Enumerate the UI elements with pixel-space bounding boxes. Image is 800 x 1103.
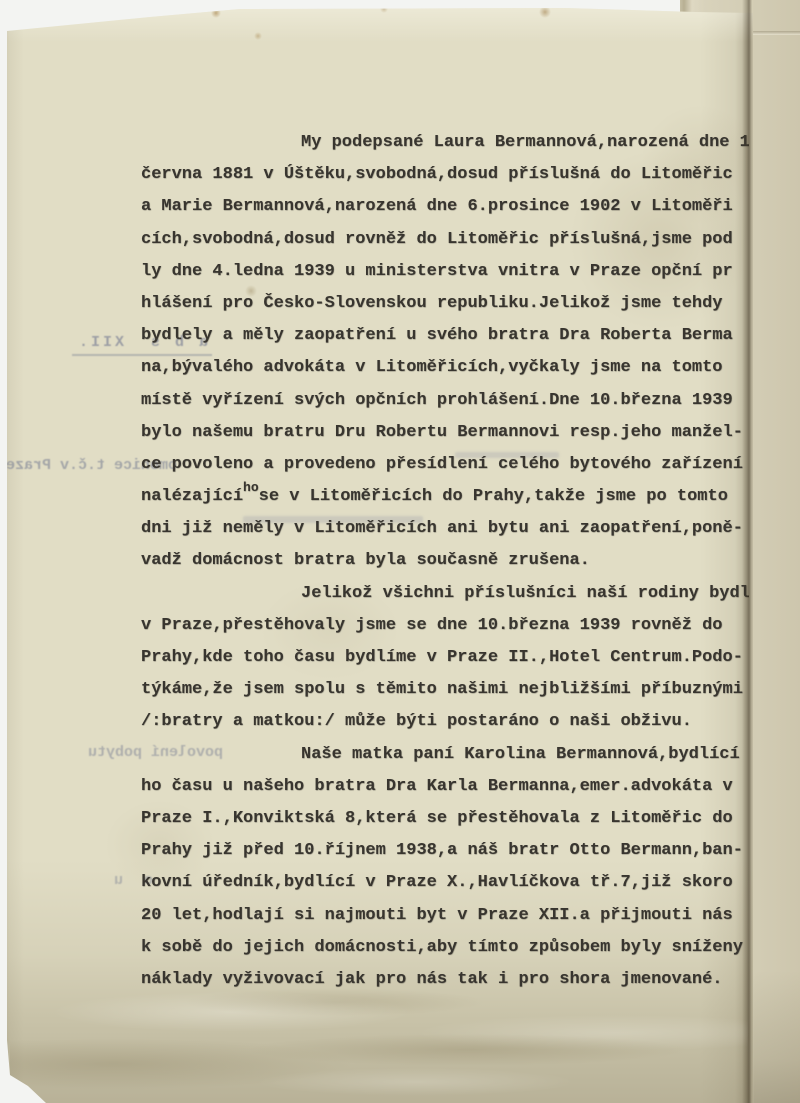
scanned-document: 1939 a b s XII. omonice t.č.v Praze povo… — [0, 0, 800, 1103]
text-line: cích,svobodná,dosud rovněž do Litoměřic … — [141, 224, 749, 256]
text-line: ly dne 4.ledna 1939 u ministerstva vnitr… — [141, 256, 749, 288]
text-line: Jelikož všichni příslušníci naší rodiny … — [141, 578, 749, 610]
text-line: hlášení pro Česko-Slovenskou republiku.J… — [141, 288, 749, 320]
text-line: Prahy,kde toho času bydlíme v Praze II.,… — [141, 642, 749, 674]
text-line: /:bratry a matkou:/ může býti postaráno … — [141, 706, 749, 738]
text-line: ce povoleno a provedeno přesídlení celéh… — [141, 449, 749, 481]
text-segment: se v Litoměřicích do Prahy,takže jsme po… — [259, 487, 728, 506]
text-segment: nalézající — [141, 487, 243, 506]
text-line: Praze I.,Konviktská 8,která se přestěhov… — [141, 803, 749, 835]
crumpled-bottom-texture — [10, 963, 748, 1103]
text-line: bylo našemu bratru Dru Robertu Bermannov… — [141, 417, 749, 449]
text-line: My podepsané Laura Bermannová,narozená d… — [141, 127, 749, 159]
text-line: v Praze,přestěhovaly jsme se dne 10.břez… — [141, 610, 749, 642]
text-line: k sobě do jejich domácnosti,aby tímto zp… — [141, 932, 749, 964]
text-line: 20 let,hodlají si najmouti byt v Praze X… — [141, 900, 749, 932]
text-line: dni již neměly v Litoměřicích ani bytu a… — [141, 513, 749, 545]
text-line: června 1881 v Úštěku,svobodná,dosud přís… — [141, 159, 749, 191]
text-line: a Marie Bermannová,narozená dne 6.prosin… — [141, 191, 749, 223]
text-line: vadž domácnost bratra byla současně zruš… — [141, 545, 749, 577]
text-line: kovní úředník,bydlící v Praze X.,Havlíčk… — [141, 867, 749, 899]
text-line: Prahy již před 10.říjnem 1938,a náš brat… — [141, 835, 749, 867]
text-line-with-insertion: nalézajícíhose v Litoměřicích do Prahy,t… — [141, 481, 749, 513]
text-line: na,bývalého advokáta v Litoměřicích,vyčk… — [141, 352, 749, 384]
text-line: Naše matka paní Karolina Bermannová,bydl… — [141, 739, 749, 771]
text-line: týkáme,že jsem spolu s těmito našimi nej… — [141, 674, 749, 706]
superscript-insertion: ho — [243, 472, 259, 504]
text-line: místě vyřízení svých opčních prohlášení.… — [141, 385, 749, 417]
fold-crease — [742, 0, 754, 1103]
typewritten-text: My podepsané Laura Bermannová,narozená d… — [141, 127, 749, 1012]
text-line: bydlely a měly zaopatření u svého bratra… — [141, 320, 749, 352]
document-page: a b s XII. omonice t.č.v Praze povolení … — [0, 0, 800, 1103]
text-line: ho času u našeho bratra Dra Karla Berman… — [141, 771, 749, 803]
